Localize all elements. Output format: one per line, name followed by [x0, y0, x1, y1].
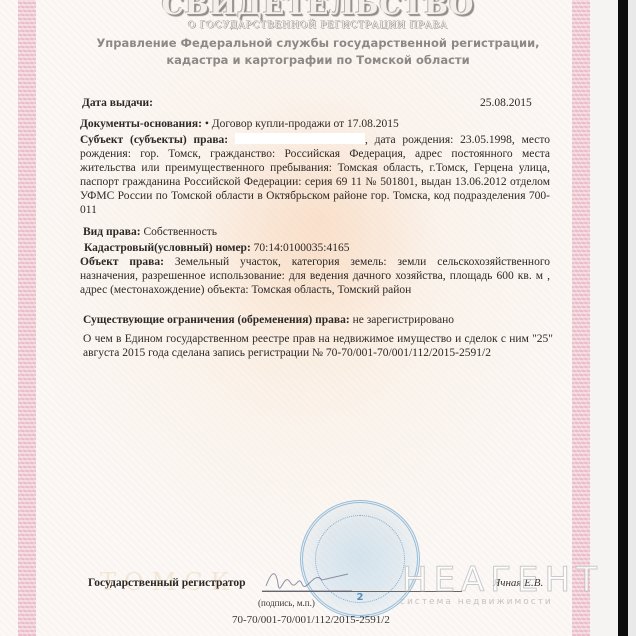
certificate-subtitle: О ГОСУДАРСТВЕННОЙ РЕГИСТРАЦИИ ПРАВА	[0, 20, 636, 31]
right-kind-label: Вид права:	[83, 226, 141, 238]
watermark-tagline: система недвижимости	[400, 597, 553, 607]
issue-date-label: Дата выдачи:	[82, 97, 153, 109]
object-row: Объект права: Земельный участок, категор…	[80, 255, 550, 297]
registration-number: 70-70/001-70/001/112/2015-2591/2	[232, 614, 390, 626]
subject-label: Субъект (субъекты) права:	[80, 134, 228, 146]
restrictions-label: Существующие ограничения (обременения) п…	[83, 314, 350, 326]
scan-shadow-edge	[618, 0, 628, 636]
registration-record: О чем в Едином государственном реестре п…	[83, 332, 553, 360]
documents-row: Документы-основания: • Договор купли-про…	[80, 117, 532, 131]
signature-scribble-icon	[262, 568, 352, 591]
restrictions-value: не зарегистрировано	[353, 314, 454, 326]
cadastral-row: Кадастровый(условный) номер: 70:14:01000…	[84, 241, 536, 255]
agency-line-2: кадастра и картографии по Томской област…	[0, 52, 636, 69]
right-guilloche-border	[572, 0, 590, 636]
documents-value: • Договор купли-продажи от 17.08.2015	[205, 118, 399, 130]
redacted-name	[235, 133, 365, 144]
watermark-brand: НЕАГЕНТ	[402, 560, 603, 600]
restrictions-row: Существующие ограничения (обременения) п…	[83, 313, 535, 327]
certificate-title: СВИДЕТЕЛЬСТВО	[0, 0, 636, 21]
issuing-agency: Управление Федеральной службы государств…	[0, 35, 636, 69]
right-kind-row: Вид права: Собственность	[83, 225, 535, 239]
cadastral-value: 70:14:0100035:4165	[254, 242, 350, 254]
scan-background	[628, 0, 636, 636]
issue-date-value: 25.08.2015	[480, 96, 532, 110]
issue-date-row: Дата выдачи: 25.08.2015	[82, 96, 534, 110]
cadastral-label: Кадастровый(условный) номер:	[84, 242, 251, 254]
certificate-page: СВИДЕТЕЛЬСТВО О ГОСУДАРСТВЕННОЙ РЕГИСТРА…	[0, 0, 636, 636]
subject-value: , дата рождения: 23.05.1998, место рожде…	[80, 134, 550, 216]
registrar-label: Государственный регистратор	[88, 577, 246, 589]
documents-label: Документы-основания:	[80, 118, 202, 130]
agency-line-1: Управление Федеральной службы государств…	[0, 35, 636, 52]
left-guilloche-border	[18, 0, 36, 636]
subject-row: Субъект (субъекты) права: , дата рождени…	[80, 133, 550, 217]
right-kind-value: Собственность	[143, 226, 217, 238]
signature-caption: (подпись, м.п.)	[258, 598, 315, 608]
object-label: Объект права:	[80, 256, 164, 268]
page-edge	[590, 0, 618, 636]
